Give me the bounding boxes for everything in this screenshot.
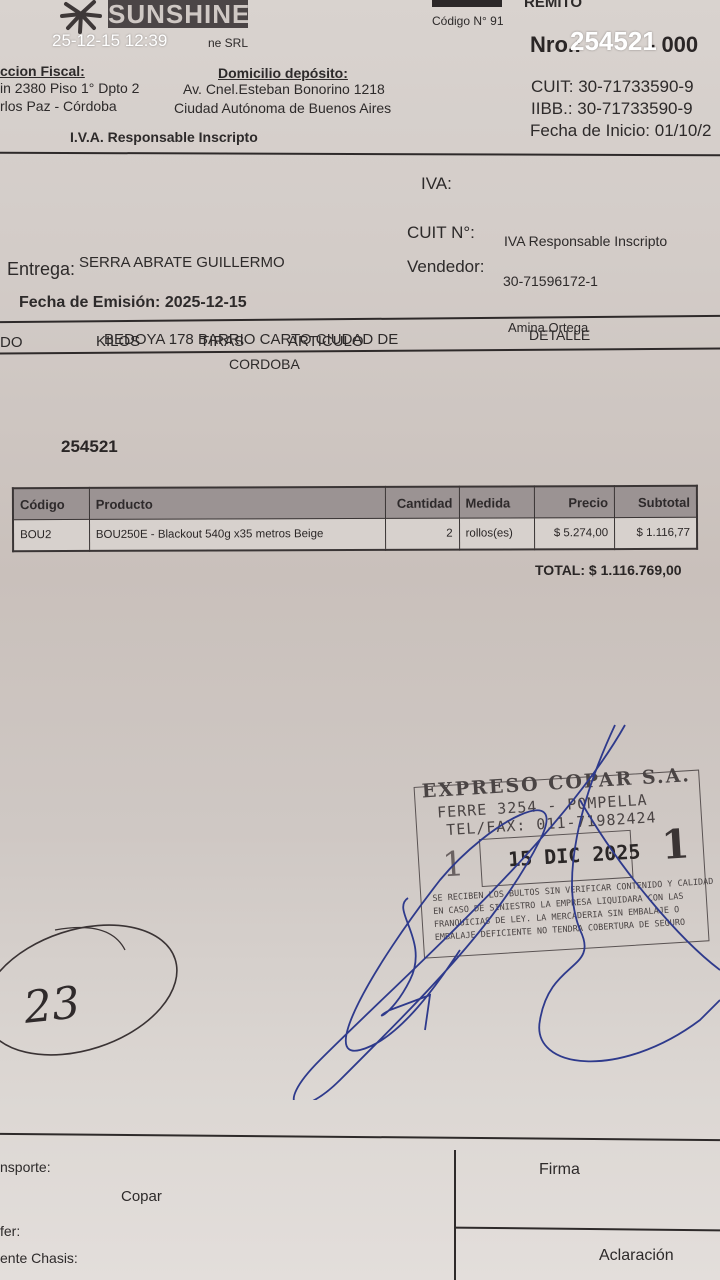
vendedor-value: Amina Ortega [508, 320, 588, 335]
domicilio-fiscal-line2: rlos Paz - Córdoba [0, 98, 117, 114]
circled-note: 23 [21, 977, 82, 1034]
transporte-label: nsporte: [0, 1159, 51, 1175]
fecha-emision: Fecha de Emisión: 2025-12-15 [19, 294, 247, 312]
cuit-emisor: CUIT: 30-71733590-9 [531, 77, 694, 97]
columns-top-line [0, 315, 720, 323]
firma-label: Firma [539, 1161, 580, 1179]
vendedor-label: Vendedor: [407, 257, 485, 277]
domicilio-fiscal-label: ccion Fiscal: [0, 63, 85, 79]
iva-value: IVA Responsable Inscripto [504, 233, 667, 249]
column-header-subtotal: Subtotal [614, 486, 697, 518]
company-name: ne SRL [208, 36, 248, 50]
header-divider [0, 152, 720, 157]
column-header-codigo: Código [13, 488, 89, 520]
sun-logo-icon [56, 0, 106, 34]
aclaracion-label: Aclaración [599, 1247, 674, 1265]
codigo-number: Código N° 91 [432, 14, 504, 28]
doc-type: REMITO [524, 0, 582, 11]
cell-subtotal: $ 1.116,77 [615, 517, 698, 549]
entrega-label: Entrega: [7, 259, 75, 280]
cuit-label: CUIT N°: [407, 223, 475, 243]
cell-medida: rollos(es) [459, 518, 535, 550]
domicilio-deposito-label: Domicilio depósito: [218, 65, 348, 81]
table-header-row: Código Producto Cantidad Medida Precio S… [13, 486, 697, 520]
column-header-cantidad: Cantidad [385, 487, 459, 519]
order-total: TOTAL: $ 1.116.769,00 [535, 562, 682, 578]
transporte-value: Copar [121, 1188, 162, 1205]
column-header-medida: Medida [459, 486, 535, 518]
domicilio-fiscal-line1: in 2380 Piso 1° Dpto 2 [0, 80, 139, 96]
table-row: BOU2 BOU250E - Blackout 540g x35 metros … [13, 517, 697, 551]
delivery-address-line1: BEDOYA 178 BARRIO CARTO CIUDAD DE [104, 331, 398, 348]
cuit-value: 30-71596172-1 [503, 273, 598, 289]
remito-letter-box [432, 0, 502, 7]
fecha-inicio: Fecha de Inicio: 01/10/2 [530, 121, 711, 141]
company-logo: SUNSHINE [108, 0, 248, 28]
column-label-do: DO [0, 334, 23, 351]
footer-top-line [0, 1133, 720, 1141]
iva-condition: I.V.A. Responsable Inscripto [70, 129, 258, 145]
chofer-label: fer: [0, 1223, 20, 1239]
signature-box [454, 1150, 720, 1280]
items-table: Código Producto Cantidad Medida Precio S… [12, 485, 698, 552]
cell-codigo: BOU2 [13, 519, 89, 551]
order-number: 254521 [61, 437, 118, 457]
remito-number-overlay: 254521 [570, 26, 657, 57]
iva-label: IVA: [421, 174, 452, 194]
cell-precio: $ 5.274,00 [535, 518, 615, 550]
domicilio-deposito-line2: Ciudad Autónoma de Buenos Aires [174, 100, 391, 116]
iibb-emisor: IIBB.: 30-71733590-9 [531, 99, 693, 119]
cell-cantidad: 2 [385, 518, 459, 550]
domicilio-deposito-line1: Av. Cnel.Esteban Bonorino 1218 [183, 81, 385, 97]
column-header-producto: Producto [89, 487, 385, 520]
signature-ink [260, 720, 720, 1100]
chasis-label: ente Chasis: [0, 1250, 78, 1266]
delivery-address-line2: CORDOBA [229, 356, 300, 372]
entrega-value: SERRA ABRATE GUILLERMO [79, 254, 285, 271]
cell-producto: BOU250E - Blackout 540g x35 metros Beige [89, 518, 385, 551]
photo-timestamp: 25-12-15 12:39 [52, 31, 167, 51]
column-header-precio: Precio [535, 486, 615, 518]
